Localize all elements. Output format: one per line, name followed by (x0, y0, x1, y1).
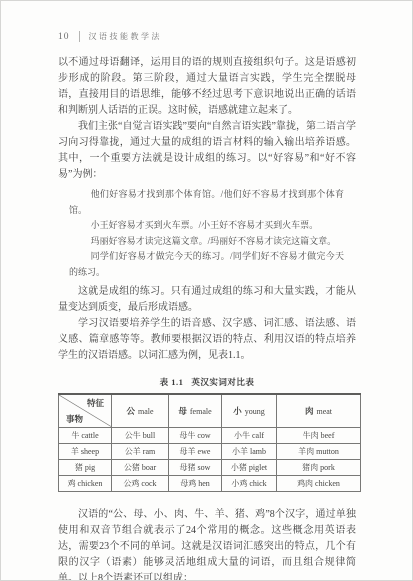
paragraph-4: 学习汉语要培养学生的语音感、汉字感、词汇感、语法感、语义感、篇章感等等。教师要根… (58, 316, 356, 364)
table-cell: 母羊 ewe (169, 443, 222, 459)
book-page: 10 汉语技能教学法 以不通过母语翻译，运用目的语的规则直接组织句子。这是语感初… (0, 0, 413, 581)
column-header: 公male (112, 394, 169, 427)
book-title: 汉语技能教学法 (89, 31, 163, 42)
table-cell: 公牛 bull (112, 427, 169, 443)
table-caption-title: 英汉实词对比表 (191, 377, 254, 387)
table-cell: 小牛 calf (222, 427, 277, 443)
example-sentence: 玛丽好容易才读完这篇文章。/玛丽好不容易才读完这篇文章。 (69, 234, 344, 250)
page-number: 10 (58, 32, 70, 42)
table-header-row: 特征 事物 公male 母female 小young 肉meat (59, 394, 361, 427)
header-divider (79, 31, 80, 42)
table-row: 羊 sheep 公羊 ram 母羊 ewe 小羊 lamb 羊肉 mutton (59, 443, 361, 459)
example-sentences: 他们好容易才找到那个体育馆。/他们好不容易才找到那个体育馆。 小王好容易才买到火… (69, 187, 344, 280)
example-sentence: 他们好容易才找到那个体育馆。/他们好不容易才找到那个体育馆。 (69, 187, 344, 218)
table-cell: 猪肉 pork (277, 459, 361, 475)
example-sentence: 小王好容易才买到火车票。/小王好不容易才买到火车票。 (69, 218, 344, 234)
table-caption-label: 表 1.1 (160, 377, 184, 387)
table-row: 猪 pig 公猪 boar 母猪 sow 小猪 piglet 猪肉 pork (59, 459, 361, 475)
table-caption: 表 1.1英汉实词对比表 (58, 376, 356, 388)
table-cell: 小猪 piglet (222, 459, 277, 475)
table-cell: 羊 sheep (59, 443, 112, 459)
table-cell: 猪 pig (59, 459, 112, 475)
paragraph-5: 汉语的“公、母、小、肉、牛、羊、猪、鸡”8个汉字，通过单独使用和双音节组合就表示… (58, 507, 356, 581)
example-sentence: 同学们好容易才做完今天的练习。/同学们好不容易才做完今天的练习。 (69, 249, 344, 280)
corner-label-thing: 事物 (66, 413, 83, 425)
table-cell: 鸡 chicken (59, 475, 112, 491)
table-cell: 母鸡 hen (169, 475, 222, 491)
table-cell: 公鸡 cock (112, 475, 169, 491)
corner-label-feature: 特征 (87, 397, 104, 409)
column-header: 母female (169, 394, 222, 427)
table-row: 牛 cattle 公牛 bull 母牛 cow 小牛 calf 牛肉 beef (59, 427, 361, 443)
table-cell: 牛肉 beef (277, 427, 361, 443)
paragraph-2: 我们主张“自觉言语实践”要向“自然言语实践”靠拢，第二语言学习向习得靠拢，通过大… (58, 119, 356, 183)
table-cell: 鸡肉 chicken (277, 475, 361, 491)
column-header: 小young (222, 394, 277, 427)
paragraph-3: 这就是成组的练习。只有通过成组的练习和大量实践，才能从量变达到质变，最后形成语感… (58, 284, 356, 316)
word-comparison-table: 特征 事物 公male 母female 小young 肉meat 牛 cattl… (58, 393, 361, 492)
column-header: 肉meat (277, 394, 361, 427)
table-cell: 小羊 lamb (222, 443, 277, 459)
page-body: 以不通过母语翻译，运用目的语的规则直接组织句子。这是语感初步形成的阶段。第三阶段… (58, 55, 356, 581)
table-cell: 母牛 cow (169, 427, 222, 443)
table-cell: 小鸡 chick (222, 475, 277, 491)
table-corner-cell: 特征 事物 (59, 394, 112, 427)
table-cell: 公羊 ram (112, 443, 169, 459)
table-cell: 母猪 sow (169, 459, 222, 475)
table-cell: 公猪 boar (112, 459, 169, 475)
table-cell: 牛 cattle (59, 427, 112, 443)
page-header: 10 汉语技能教学法 (58, 31, 355, 42)
table-row: 鸡 chicken 公鸡 cock 母鸡 hen 小鸡 chick 鸡肉 chi… (59, 475, 361, 491)
table-cell: 羊肉 mutton (277, 443, 361, 459)
paragraph-1: 以不通过母语翻译，运用目的语的规则直接组织句子。这是语感初步形成的阶段。第三阶段… (58, 55, 356, 119)
